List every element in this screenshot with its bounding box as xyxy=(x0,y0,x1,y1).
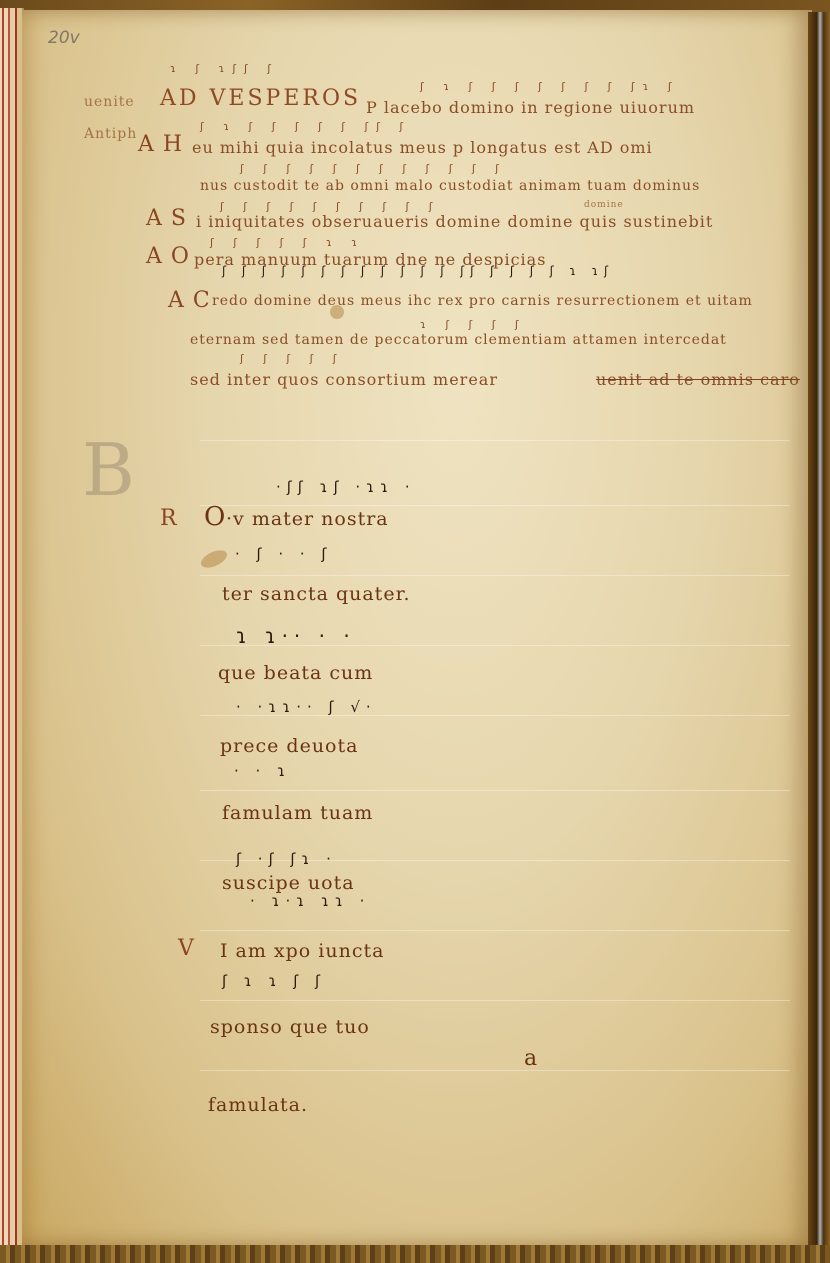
ruling-line xyxy=(200,505,790,506)
margin-note: Antiph xyxy=(84,126,137,142)
initial-letter: A S xyxy=(146,206,187,231)
responsory-R-sign: R xyxy=(160,506,178,531)
text-line: i iniquitates obseruaueris domine domine… xyxy=(196,212,713,231)
ruling-line xyxy=(200,1070,790,1071)
interlinear-gloss: domine xyxy=(584,200,624,210)
chant-line: suscipe uota xyxy=(222,872,355,894)
initial-letter: O xyxy=(204,502,226,532)
text-line: nus custodit te ab omni malo custodiat a… xyxy=(200,178,700,194)
text-line: redo domine deus meus ihc rex pro carnis… xyxy=(212,293,753,309)
text-line: eternam sed tamen de peccatorum clementi… xyxy=(190,332,727,348)
chant-line: I am xpo iuncta xyxy=(220,940,384,962)
initial-letter: A C xyxy=(168,288,211,313)
chant-line: ·v mater nostra xyxy=(226,508,389,530)
chant-line: sponso que tuo xyxy=(210,1016,370,1038)
ruling-line xyxy=(200,575,790,576)
margin-note: uenite xyxy=(84,94,135,110)
chant-line: famulata. xyxy=(208,1094,308,1116)
folio-number: 20v xyxy=(48,28,80,48)
book-bottom-edge xyxy=(0,1245,830,1263)
initial-letter: V xyxy=(178,936,195,961)
text-line: eu mihi quia incolatus meus p longatus e… xyxy=(192,138,653,157)
book-fore-edge xyxy=(808,12,830,1252)
chant-line: famulam tuam xyxy=(222,802,373,824)
manuscript-page xyxy=(22,10,812,1246)
chant-line: ter sancta quater. xyxy=(222,583,411,605)
initial-letter: A O xyxy=(146,244,190,269)
ruling-line xyxy=(200,930,790,931)
struck-text: uenit ad te omnis caro xyxy=(596,370,800,389)
text-line: sed inter quos consortium merear xyxy=(190,370,498,389)
ruling-line xyxy=(200,1000,790,1001)
chant-line: que beata cum xyxy=(218,662,373,684)
offset-initial-ghost: B xyxy=(82,428,129,512)
ruling-line xyxy=(200,440,790,441)
ruling-line xyxy=(200,790,790,791)
chant-line: prece deuota xyxy=(220,735,358,757)
text-line: P lacebo domino in regione uiuorum xyxy=(366,98,695,117)
stray-letter: a xyxy=(524,1046,538,1071)
heading-ad-vesperos: AD VESPEROS xyxy=(160,86,361,111)
initial-letter: A H xyxy=(138,132,183,157)
book-binding-left xyxy=(0,8,24,1248)
